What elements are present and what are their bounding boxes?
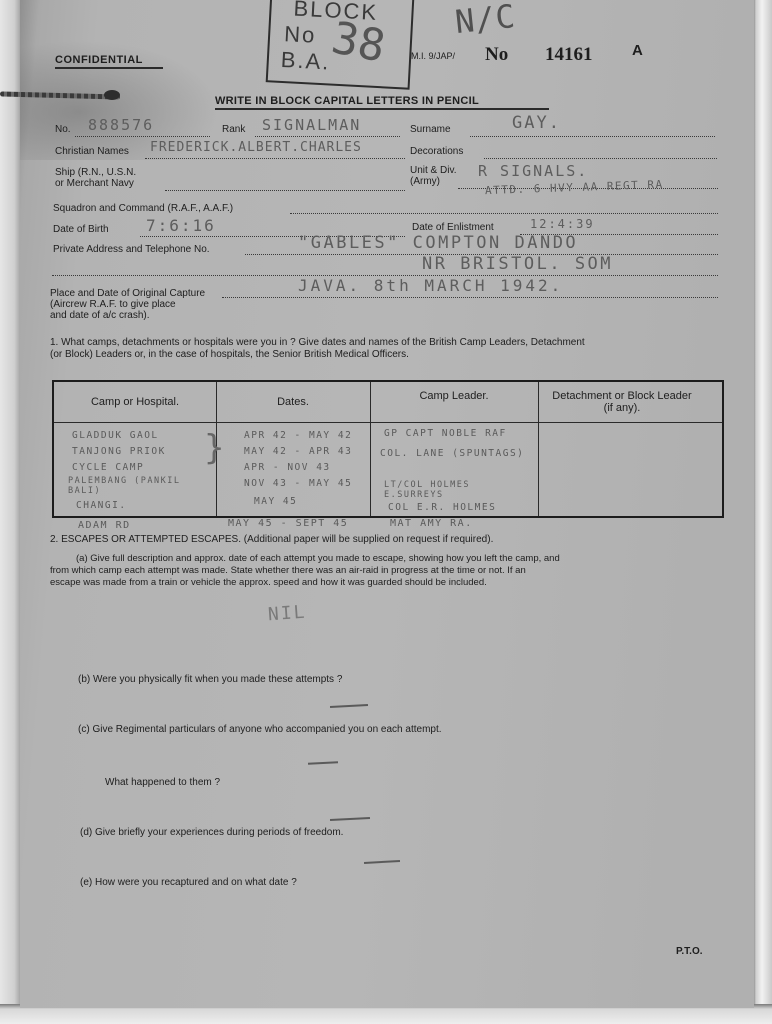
ship-field[interactable] bbox=[165, 190, 405, 191]
christian-names-label: Christian Names bbox=[55, 146, 129, 157]
confidential-label: CONFIDENTIAL bbox=[55, 54, 143, 66]
question-2c-sub: What happened to them ? bbox=[105, 777, 220, 788]
decorations-label: Decorations bbox=[410, 146, 463, 157]
ship-label-2: or Merchant Navy bbox=[55, 178, 134, 189]
header-divider bbox=[54, 422, 722, 423]
leader-cell[interactable]: COL E.R. HOLMES bbox=[388, 502, 496, 513]
dates-cell[interactable]: APR - NOV 43 bbox=[244, 462, 331, 473]
squadron-label: Squadron and Command (R.A.F., A.A.F.) bbox=[53, 203, 233, 214]
stamp-line-3: B.A. bbox=[280, 47, 331, 76]
address-label: Private Address and Telephone No. bbox=[53, 244, 210, 255]
question-2d: (d) Give briefly your experiences during… bbox=[80, 827, 343, 838]
camp-table: Camp or Hospital. Dates. Camp Leader. De… bbox=[52, 380, 724, 518]
no-line bbox=[75, 136, 210, 137]
squadron-field[interactable] bbox=[290, 213, 718, 214]
question-2e: (e) How were you recaptured and on what … bbox=[80, 877, 297, 888]
dob-field[interactable]: 7:6:16 bbox=[146, 216, 216, 235]
leader-cell[interactable]: GP CAPT NOBLE RAF bbox=[384, 428, 507, 439]
enlistment-field[interactable]: 12:4:39 bbox=[530, 217, 595, 231]
surname-field[interactable]: GAY. bbox=[512, 113, 561, 133]
ship-label-1: Ship (R.N., U.S.N. bbox=[55, 167, 136, 178]
block-stamp: BLOCK No B.A. 38 bbox=[266, 0, 415, 90]
ref-number: 14161 bbox=[545, 44, 593, 66]
enlistment-label: Date of Enlistment bbox=[412, 222, 494, 233]
question-2a-line1: (a) Give full description and approx. da… bbox=[76, 553, 560, 564]
stamp-line-2: No bbox=[284, 21, 317, 49]
dob-label: Date of Birth bbox=[53, 224, 109, 235]
christian-names-field[interactable]: FREDERICK.ALBERT.CHARLES bbox=[150, 140, 362, 155]
confidential-underline bbox=[55, 67, 163, 69]
capture-label-3: and date of a/c crash). bbox=[50, 310, 150, 321]
unit-field-line1[interactable]: R SIGNALS. bbox=[478, 162, 588, 180]
header-camp: Camp or Hospital. bbox=[54, 382, 216, 422]
question-2c: (c) Give Regimental particulars of anyon… bbox=[78, 724, 442, 735]
stamp-handwritten-number: 38 bbox=[328, 12, 390, 72]
dates-cell[interactable]: MAY 42 - APR 43 bbox=[244, 446, 352, 457]
camp-cell-overflow[interactable]: ADAM RD bbox=[78, 520, 131, 531]
question-1-line2: (or Block) Leaders or, in the case of ho… bbox=[50, 349, 409, 360]
question-2a-line2: from which camp each attempt was made. S… bbox=[50, 565, 526, 576]
ref-no-label: No bbox=[485, 44, 508, 66]
question-1-line1: 1. What camps, detachments or hospitals … bbox=[50, 337, 585, 348]
address-field-line1[interactable]: "GABLES" COMPTON DANDO bbox=[298, 233, 578, 253]
camp-cell[interactable]: GLADDUK GAOL bbox=[72, 430, 159, 441]
camp-cell[interactable]: CHANGI. bbox=[76, 500, 127, 511]
rank-field[interactable]: SIGNALMAN bbox=[262, 116, 361, 134]
dates-cell[interactable]: NOV 43 - MAY 45 bbox=[244, 478, 352, 489]
capture-label-1: Place and Date of Original Capture bbox=[50, 288, 205, 299]
rank-label: Rank bbox=[222, 124, 245, 135]
surname-line bbox=[470, 136, 715, 137]
capture-field[interactable]: JAVA. 8th MARCH 1942. bbox=[298, 276, 563, 295]
rank-line bbox=[255, 136, 400, 137]
dates-cell[interactable]: APR 42 - MAY 42 bbox=[244, 430, 352, 441]
leader-cell[interactable]: COL. LANE (SPUNTAGS) bbox=[380, 448, 524, 459]
dates-cell-overflow[interactable]: MAY 45 - SEPT 45 bbox=[228, 518, 348, 529]
instruction-heading: WRITE IN BLOCK CAPITAL LETTERS IN PENCIL bbox=[215, 95, 479, 107]
col-divider bbox=[538, 382, 539, 516]
leader-cell-overflow[interactable]: MAT AMY RA. bbox=[390, 518, 473, 529]
ref-suffix: A bbox=[632, 42, 643, 59]
tag-string-knot bbox=[104, 90, 120, 100]
bracket-mark: } bbox=[204, 428, 224, 468]
dates-cell[interactable]: MAY 45 bbox=[254, 496, 297, 507]
camp-cell[interactable]: TANJONG PRIOK bbox=[72, 446, 166, 457]
address-field-line2[interactable]: NR BRISTOL. SOM bbox=[422, 254, 613, 274]
header-camp-leader: Camp Leader. bbox=[370, 382, 538, 422]
decorations-field[interactable] bbox=[484, 158, 717, 159]
leader-cell[interactable]: LT/COL HOLMES E.SURREYS bbox=[384, 480, 534, 500]
unit-label-2: (Army) bbox=[410, 176, 440, 187]
handwritten-annotation-top: N/C bbox=[453, 0, 517, 41]
unit-label-1: Unit & Div. bbox=[410, 165, 457, 176]
no-label: No. bbox=[55, 124, 71, 135]
capture-label-2: (Aircrew R.A.F. to give place bbox=[50, 299, 176, 310]
header-block-leader: Detachment or Block Leader (if any). bbox=[548, 382, 696, 422]
question-2b: (b) Were you physically fit when you mad… bbox=[78, 674, 342, 685]
question-2-title: 2. ESCAPES OR ATTEMPTED ESCAPES. (Additi… bbox=[50, 534, 493, 545]
camp-cell[interactable]: PALEMBANG (PANKIL BALI) bbox=[68, 476, 208, 496]
question-2a-line3: escape was made from a train or vehicle … bbox=[50, 577, 487, 588]
header-dates: Dates. bbox=[216, 382, 370, 422]
pto-label: P.T.O. bbox=[676, 946, 703, 957]
camp-cell[interactable]: CYCLE CAMP bbox=[72, 462, 144, 473]
no-field[interactable]: 888576 bbox=[88, 116, 154, 134]
capture-line bbox=[222, 297, 718, 298]
christian-names-line bbox=[145, 158, 405, 159]
surname-label: Surname bbox=[410, 124, 451, 135]
ref-prefix: M.I. 9/JAP/ bbox=[411, 51, 455, 61]
folder-backing-right bbox=[752, 0, 772, 1024]
instruction-underline bbox=[215, 108, 549, 110]
answer-2a[interactable]: NIL bbox=[267, 602, 307, 626]
